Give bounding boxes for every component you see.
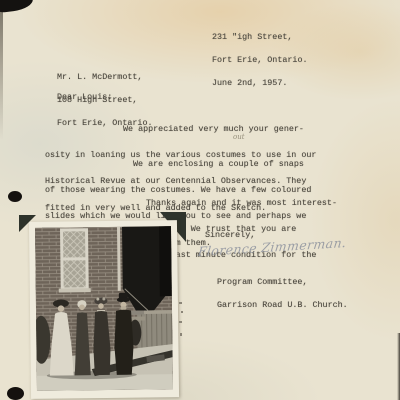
photo-white-border [29,220,179,399]
window [58,228,91,292]
typed-line: Program Committee, [217,279,348,287]
pencil-mark [179,321,182,323]
closing: Sincerely, [205,230,255,240]
pencil-mark [179,302,182,304]
pencil-mark [181,311,183,313]
photograph-scene [35,226,173,391]
attached-photograph [35,226,173,391]
salutation: Dear Louis: [57,92,112,102]
typed-line: Garrison Road U.B. Church. [217,302,348,310]
page-edge-shadow-left [0,0,3,140]
typed-line: 231 "igh Street, [212,34,308,42]
sender-organization: Program Committee, Garrison Road U.B. Ch… [217,263,348,325]
pencil-annotation: out [233,133,245,141]
punch-hole-top [8,191,22,202]
pencil-mark [180,333,182,336]
letter-scan-page: 231 "igh Street, Fort Erie, Ontario. Jun… [0,0,400,400]
typed-line: Mr. L. McDermott, [57,74,153,82]
typed-line: June 2nd, 1957. [212,80,308,88]
corner-tear-mark [0,0,34,13]
return-address: 231 "igh Street, Fort Erie, Ontario. Jun… [212,19,308,103]
typed-line: We are enclosing a couple of snaps [45,160,337,169]
typed-line: Thanks again and it was most interest- [45,199,337,208]
typed-line: We appreciated very much your gener- [45,125,337,134]
punch-hole-bottom [7,387,24,400]
deep-shadow [159,226,172,296]
typed-line: Fort Erie, Ontario. [212,57,308,65]
